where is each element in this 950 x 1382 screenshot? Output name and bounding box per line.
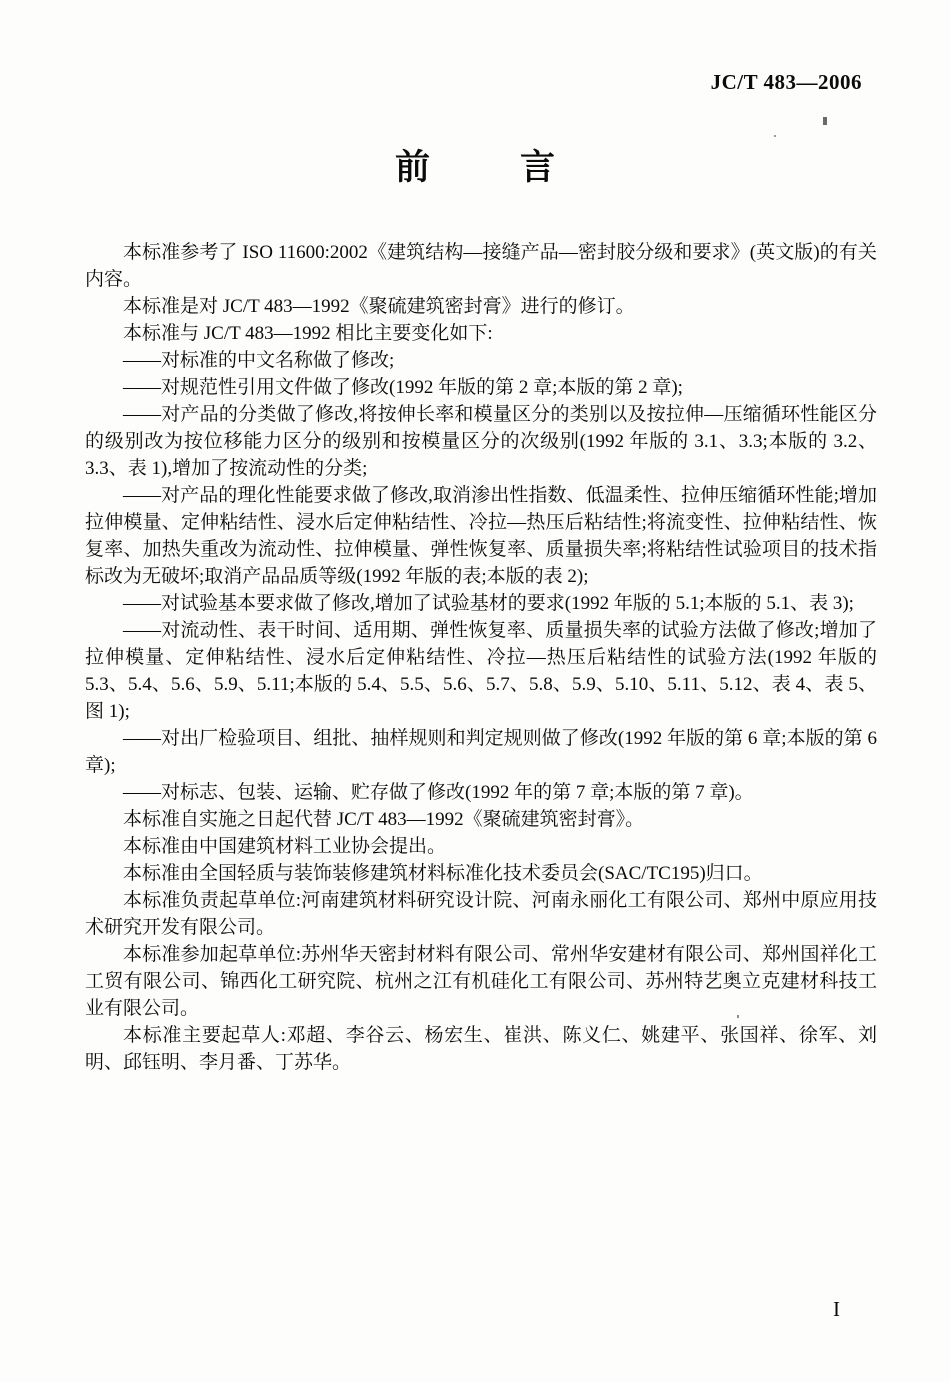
page-title: 前言 — [0, 140, 950, 190]
standard-number: JC/T 483—2006 — [711, 70, 862, 95]
paragraph: ——对规范性引用文件做了修改(1992 年版的第 2 章;本版的第 2 章); — [85, 374, 877, 401]
scan-artifact — [823, 117, 827, 125]
paragraph: ——对出厂检验项目、组批、抽样规则和判定规则做了修改(1992 年版的第 6 章… — [85, 725, 877, 779]
page-title-text: 前言 — [395, 148, 645, 187]
document-page: JC/T 483—2006 前言 本标准参考了 ISO 11600:2002《建… — [0, 0, 950, 1382]
paragraph: ——对试验基本要求做了修改,增加了试验基材的要求(1992 年版的 5.1;本版… — [85, 590, 877, 617]
paragraph: 本标准参加起草单位:苏州华天密封材料有限公司、常州华安建材有限公司、郑州国祥化工… — [85, 941, 877, 1022]
scan-artifact — [774, 135, 776, 137]
page-number: I — [833, 1297, 840, 1322]
paragraph: ——对流动性、表干时间、适用期、弹性恢复率、质量损失率的试验方法做了修改;增加了… — [85, 617, 877, 725]
paragraph: 本标准主要起草人:邓超、李谷云、杨宏生、崔洪、陈义仁、姚建平、张国祥、徐军、刘明… — [85, 1022, 877, 1076]
paragraph: ——对产品的理化性能要求做了修改,取消渗出性指数、低温柔性、拉伸压缩循环性能;增… — [85, 482, 877, 590]
paragraph: 本标准是对 JC/T 483—1992《聚硫建筑密封膏》进行的修订。 — [85, 293, 877, 320]
paragraph: 本标准负责起草单位:河南建筑材料研究设计院、河南永丽化工有限公司、郑州中原应用技… — [85, 887, 877, 941]
paragraph: ——对标志、包装、运输、贮存做了修改(1992 年的第 7 章;本版的第 7 章… — [85, 779, 877, 806]
paragraph: 本标准与 JC/T 483—1992 相比主要变化如下: — [85, 320, 877, 347]
paragraph: 本标准由中国建筑材料工业协会提出。 — [85, 833, 877, 860]
paragraph: 本标准自实施之日起代替 JC/T 483—1992《聚硫建筑密封膏》。 — [85, 806, 877, 833]
paragraph: 本标准由全国轻质与装饰装修建筑材料标准化技术委员会(SAC/TC195)归口。 — [85, 860, 877, 887]
paragraph: 本标准参考了 ISO 11600:2002《建筑结构—接缝产品—密封胶分级和要求… — [85, 239, 877, 293]
paragraph: ——对标准的中文名称做了修改; — [85, 347, 877, 374]
paragraph: ——对产品的分类做了修改,将按伸长率和模量区分的类别以及按拉伸—压缩循环性能区分… — [85, 401, 877, 482]
document-body: 本标准参考了 ISO 11600:2002《建筑结构—接缝产品—密封胶分级和要求… — [85, 239, 877, 1076]
